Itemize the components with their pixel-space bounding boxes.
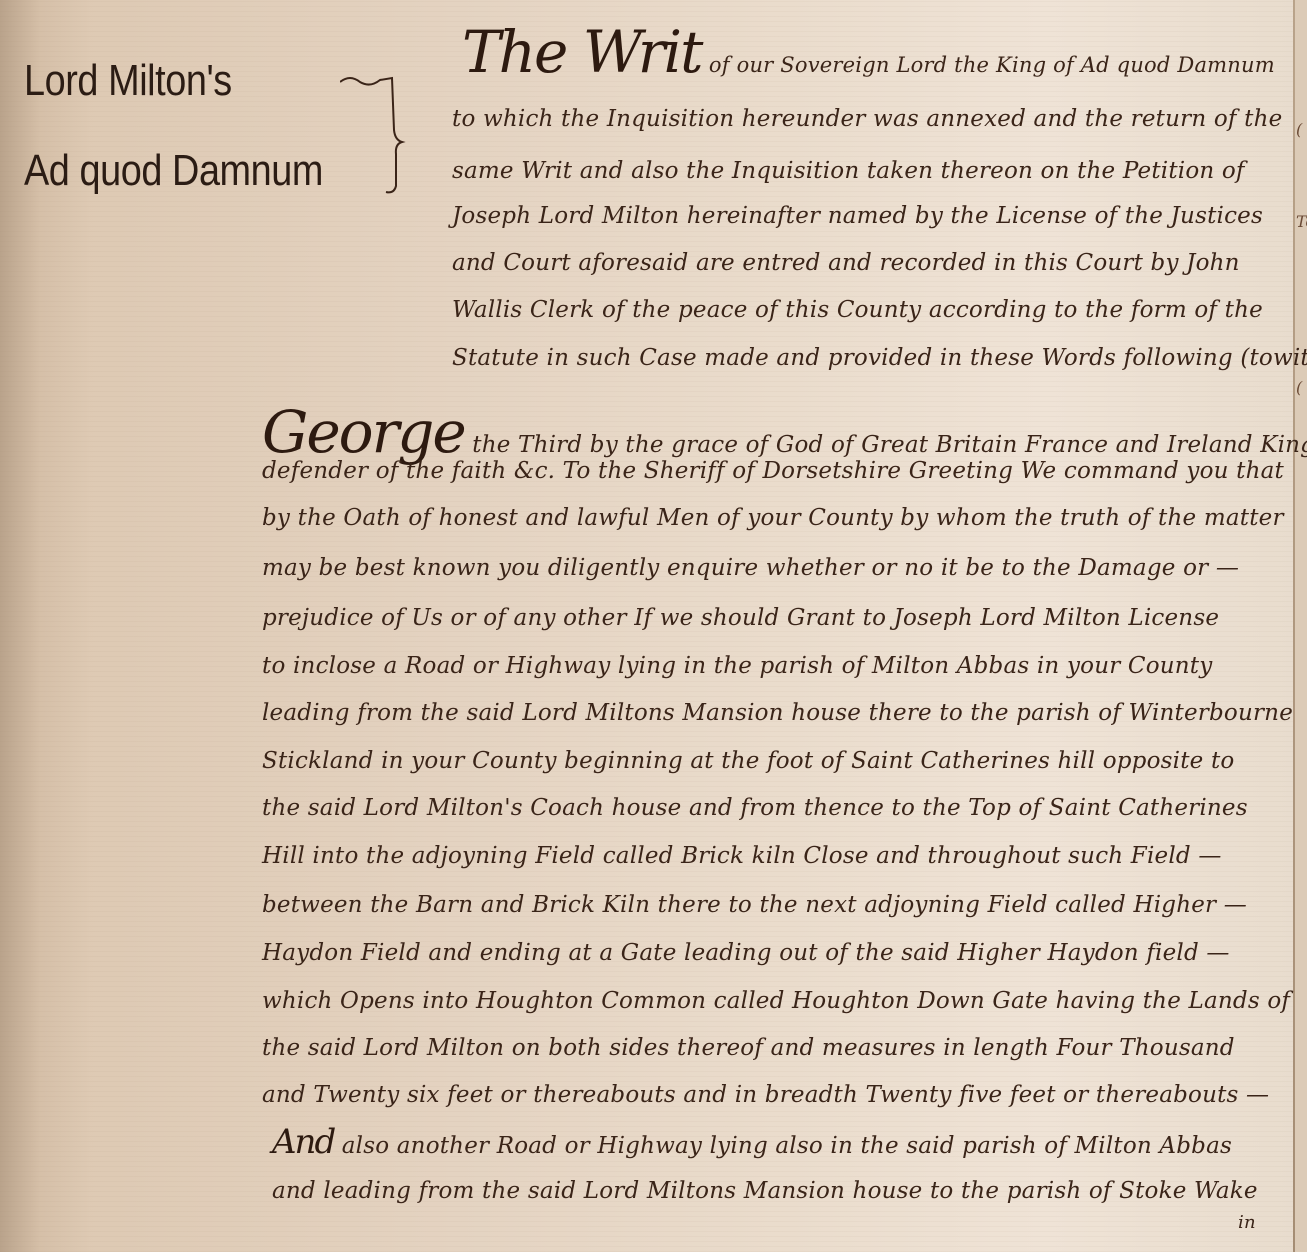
page-fold-line (1293, 0, 1295, 1252)
writ-line-11: Haydon Field and ending at a Gate leadin… (262, 940, 1230, 966)
writ-line-12: which Opens into Houghton Common called … (262, 988, 1290, 1014)
writ-line-13: the said Lord Milton on both sides there… (262, 1035, 1235, 1061)
preamble-initial: The Writ (462, 18, 701, 86)
writ-line-2: by the Oath of honest and lawful Men of … (262, 505, 1284, 531)
catchword: in (1238, 1212, 1256, 1233)
writ-line-4: prejudice of Us or of any other If we sh… (262, 605, 1219, 631)
writ-line-8: the said Lord Milton's Coach house and f… (262, 795, 1248, 821)
preamble-line-5: Wallis Clerk of the peace of this County… (452, 297, 1263, 323)
margin-mark-2: To (1296, 212, 1307, 231)
writ-line-10: between the Barn and Brick Kiln there to… (262, 892, 1247, 918)
writ-line-3: may be best known you diligently enquire… (262, 555, 1239, 581)
preamble-line-2: same Writ and also the Inquisition taken… (452, 158, 1245, 184)
margin-heading-line1: Lord Milton's (24, 56, 232, 106)
preamble-line-0: The Writ of our Sovereign Lord the King … (462, 18, 1275, 86)
writ-line-5: to inclose a Road or Highway lying in th… (262, 653, 1212, 679)
writ-line-0: George the Third by the grace of God of … (262, 398, 1307, 466)
writ-initial: George (262, 398, 465, 466)
preamble-line-6: Statute in such Case made and provided i… (452, 345, 1307, 371)
margin-mark-1: ( (1296, 120, 1302, 139)
adjacent-page-edge (1295, 0, 1307, 1252)
preamble-line-3: Joseph Lord Milton hereinafter named by … (452, 203, 1263, 229)
writ-line-15: And also another Road or Highway lying a… (272, 1122, 1232, 1162)
margin-mark-3: ( (1296, 378, 1302, 397)
writ-line-6: leading from the said Lord Miltons Mansi… (262, 700, 1293, 726)
writ-line-9: Hill into the adjoyning Field called Bri… (262, 843, 1222, 869)
writ-line-1: defender of the faith &c. To the Sheriff… (262, 458, 1284, 484)
writ-line-7: Stickland in your County beginning at th… (262, 748, 1234, 774)
preamble-line-4: and Court aforesaid are entred and recor… (452, 250, 1240, 276)
preamble-line-1: to which the Inquisition hereunder was a… (452, 106, 1282, 132)
writ-line-14: and Twenty six feet or thereabouts and i… (262, 1082, 1269, 1108)
brace-icon (340, 68, 420, 198)
and-initial: And (272, 1122, 334, 1162)
margin-heading-line2: Ad quod Damnum (24, 146, 323, 196)
writ-line-16: and leading from the said Lord Miltons M… (272, 1178, 1258, 1204)
